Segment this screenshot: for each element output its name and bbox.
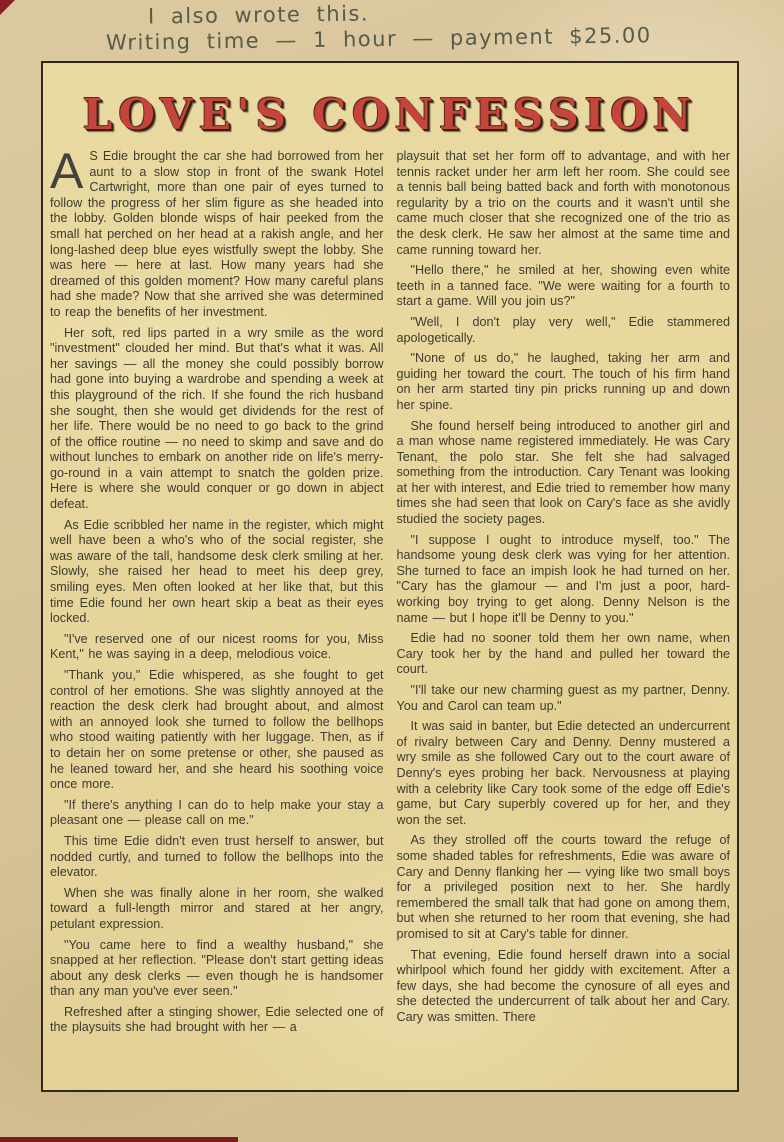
right-column: playsuit that set her form off to advant… bbox=[397, 149, 731, 1084]
story-paragraph: Refreshed after a stinging shower, Edie … bbox=[50, 1005, 384, 1036]
story-paragraph: That evening, Edie found herself drawn i… bbox=[397, 948, 731, 1026]
story-paragraph: Edie had no sooner told them her own nam… bbox=[397, 631, 731, 678]
drop-cap: A bbox=[50, 149, 89, 191]
story-paragraph: "None of us do," he laughed, taking her … bbox=[397, 351, 731, 413]
story-paragraph: As they strolled off the courts toward t… bbox=[397, 833, 731, 942]
story-paragraph: As Edie scribbled her name in the regist… bbox=[50, 518, 384, 627]
left-column: AS Edie brought the car she had borrowed… bbox=[50, 149, 384, 1084]
story-border-frame: LOVE'S CONFESSION AS Edie brought the ca… bbox=[41, 61, 739, 1092]
scanned-page-background: I also wrote this. Writing time — 1 hour… bbox=[0, 0, 784, 1142]
red-bottom-edge-mark bbox=[0, 1137, 238, 1142]
story-paragraph: "Hello there," he smiled at her, showing… bbox=[397, 263, 731, 310]
story-paragraph: "I suppose I ought to introduce myself, … bbox=[397, 533, 731, 627]
story-paragraph: "If there's anything I can do to help ma… bbox=[50, 798, 384, 829]
story-paragraph: "Well, I don't play very well," Edie sta… bbox=[397, 315, 731, 346]
story-paragraph: "You came here to find a wealthy husband… bbox=[50, 938, 384, 1000]
story-paragraph: "I'll take our new charming guest as my … bbox=[397, 683, 731, 714]
story-paragraph: "I've reserved one of our nicest rooms f… bbox=[50, 632, 384, 663]
story-paragraph: When she was finally alone in her room, … bbox=[50, 886, 384, 933]
story-paragraph: Her soft, red lips parted in a wry smile… bbox=[50, 326, 384, 513]
story-paragraph: She found herself being introduced to an… bbox=[397, 419, 731, 528]
red-corner-mark bbox=[0, 0, 15, 15]
story-paragraph: AS Edie brought the car she had borrowed… bbox=[50, 149, 384, 321]
story-paragraph: This time Edie didn't even trust herself… bbox=[50, 834, 384, 881]
handwritten-note-line1: I also wrote this. bbox=[148, 1, 369, 28]
story-columns: AS Edie brought the car she had borrowed… bbox=[50, 149, 730, 1084]
story-paragraph: "Thank you," Edie whispered, as she foug… bbox=[50, 668, 384, 793]
story-paragraph: playsuit that set her form off to advant… bbox=[397, 149, 731, 258]
paragraph-text: S Edie brought the car she had borrowed … bbox=[50, 149, 384, 319]
story-paragraph: It was said in banter, but Edie detected… bbox=[397, 719, 731, 828]
page-title: LOVE'S CONFESSION bbox=[43, 90, 737, 139]
